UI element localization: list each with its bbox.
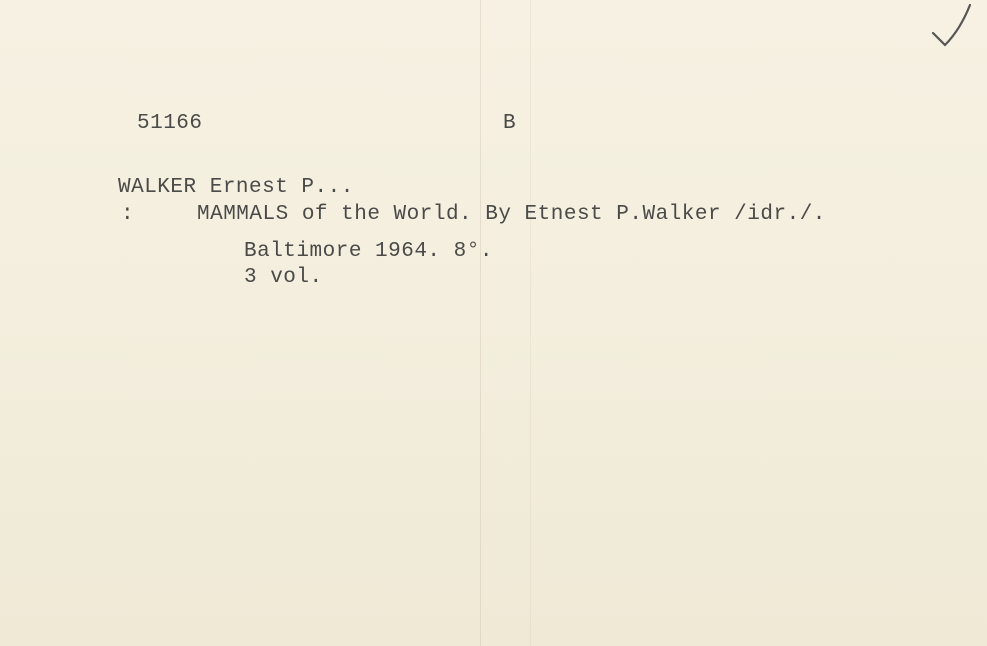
title-statement: MAMMALS of the World. By Etnest P.Walker…: [197, 203, 826, 226]
paper-crease: [530, 0, 531, 646]
accession-number: 51166: [137, 112, 203, 135]
catalog-card: 51166 B WALKER Ernest P... : MAMMALS of …: [0, 0, 987, 646]
checkmark-icon: [925, 0, 985, 50]
shelf-mark: B: [503, 112, 516, 135]
physical-extent: 3 vol.: [244, 266, 323, 289]
paper-crease: [480, 0, 481, 646]
title-prefix: :: [121, 203, 134, 226]
imprint: Baltimore 1964. 8°.: [244, 240, 493, 263]
author-heading: WALKER Ernest P...: [118, 176, 354, 199]
